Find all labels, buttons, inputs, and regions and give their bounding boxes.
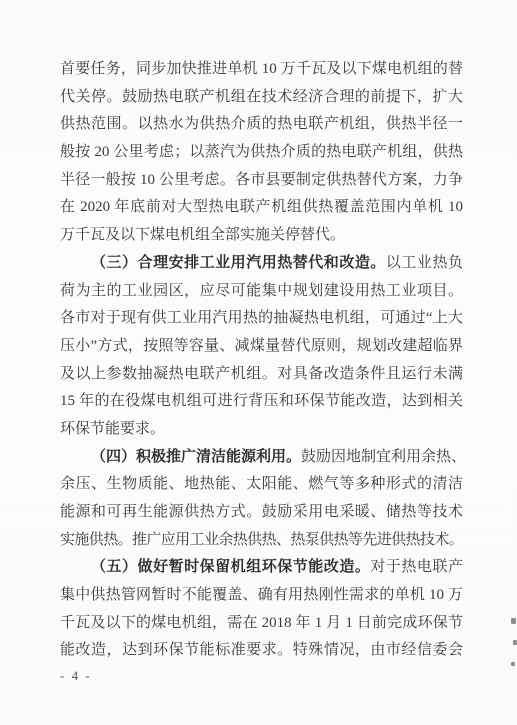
section-heading-line: （五）做好暂时保留机组环保节能改造。对于热电联产 (60, 554, 463, 582)
heading-trailing-text: 对于热电联产 (370, 559, 463, 575)
text-line: 15 年的在役煤电机组可进行背压和环保节能改造，达到相关 (60, 388, 463, 416)
text-line: 在 2020 年底前对大型热电联产机组供热覆盖范围内单机 10 (60, 194, 463, 222)
text-line: 实施供热。推广应用工业余热供热、热泵供热等先进供热技术。 (60, 527, 463, 555)
heading-trailing-text: 鼓励因地制宜利用余热、 (301, 449, 466, 465)
text-line: 代关停。鼓励热电联产机组在技术经济合理的前提下，扩大 (60, 84, 463, 112)
document-page: 首要任务，同步加快推进单机 10 万千瓦及以下煤电机组的替代关停。鼓励热电联产机… (0, 0, 517, 725)
text-line: 荷为主的工业园区，应尽可能集中规划建设用热工业项目。 (60, 278, 463, 306)
text-line: 压小”方式，按照等容量、减煤量替代原则，规划改建超临界 (60, 333, 463, 361)
section-heading-line: （四）积极推广清洁能源利用。鼓励因地制宜利用余热、 (60, 444, 463, 472)
text-line: 能源和可再生能源供热方式。鼓励采用电采暖、储热等技术 (60, 499, 463, 527)
text-line: 千瓦及以下的煤电机组，需在 2018 年 1 月 1 日前完成环保节 (60, 610, 463, 638)
page-number: - 4 - (60, 668, 92, 684)
text-line: 能改造，达到环保节能标准要求。特殊情况，由市经信委会 (60, 637, 463, 665)
section-heading: （四）积极推广清洁能源利用。 (91, 449, 301, 465)
text-line: 首要任务，同步加快推进单机 10 万千瓦及以下煤电机组的替 (60, 56, 463, 84)
text-line: 余压、生物质能、地热能、太阳能、燃气等多种形式的清洁 (60, 471, 463, 499)
document-body: 首要任务，同步加快推进单机 10 万千瓦及以下煤电机组的替代关停。鼓励热电联产机… (60, 56, 463, 665)
text-line: 环保节能要求。 (60, 416, 463, 444)
text-line: 万千瓦及以下煤电机组全部实施关停替代。 (60, 222, 463, 250)
scan-artifact (511, 662, 515, 666)
section-heading: （三）合理安排工业用汽用热替代和改造。 (91, 255, 386, 271)
text-line: 集中供热管网暂时不能覆盖、确有用热刚性需求的单机 10 万 (60, 582, 463, 610)
scan-artifact (513, 640, 517, 645)
text-line: 及以上参数抽凝热电联产机组。对具备改造条件且运行未满 (60, 361, 463, 389)
text-line: 各市对于现有供工业用汽用热的抽凝热电机组，可通过“上大 (60, 305, 463, 333)
text-line: 半径一般按 10 公里考虑。各市县要制定供热替代方案，力争 (60, 167, 463, 195)
text-line: 供热范围。以热水为供热介质的热电联产机组，供热半径一 (60, 111, 463, 139)
section-heading: （五）做好暂时保留机组环保节能改造。 (91, 559, 370, 575)
section-heading-line: （三）合理安排工业用汽用热替代和改造。以工业热负 (60, 250, 463, 278)
scan-artifact (511, 618, 516, 624)
text-line: 般按 20 公里考虑；以蒸汽为供热介质的热电联产机组，供热 (60, 139, 463, 167)
heading-trailing-text: 以工业热负 (386, 255, 463, 271)
